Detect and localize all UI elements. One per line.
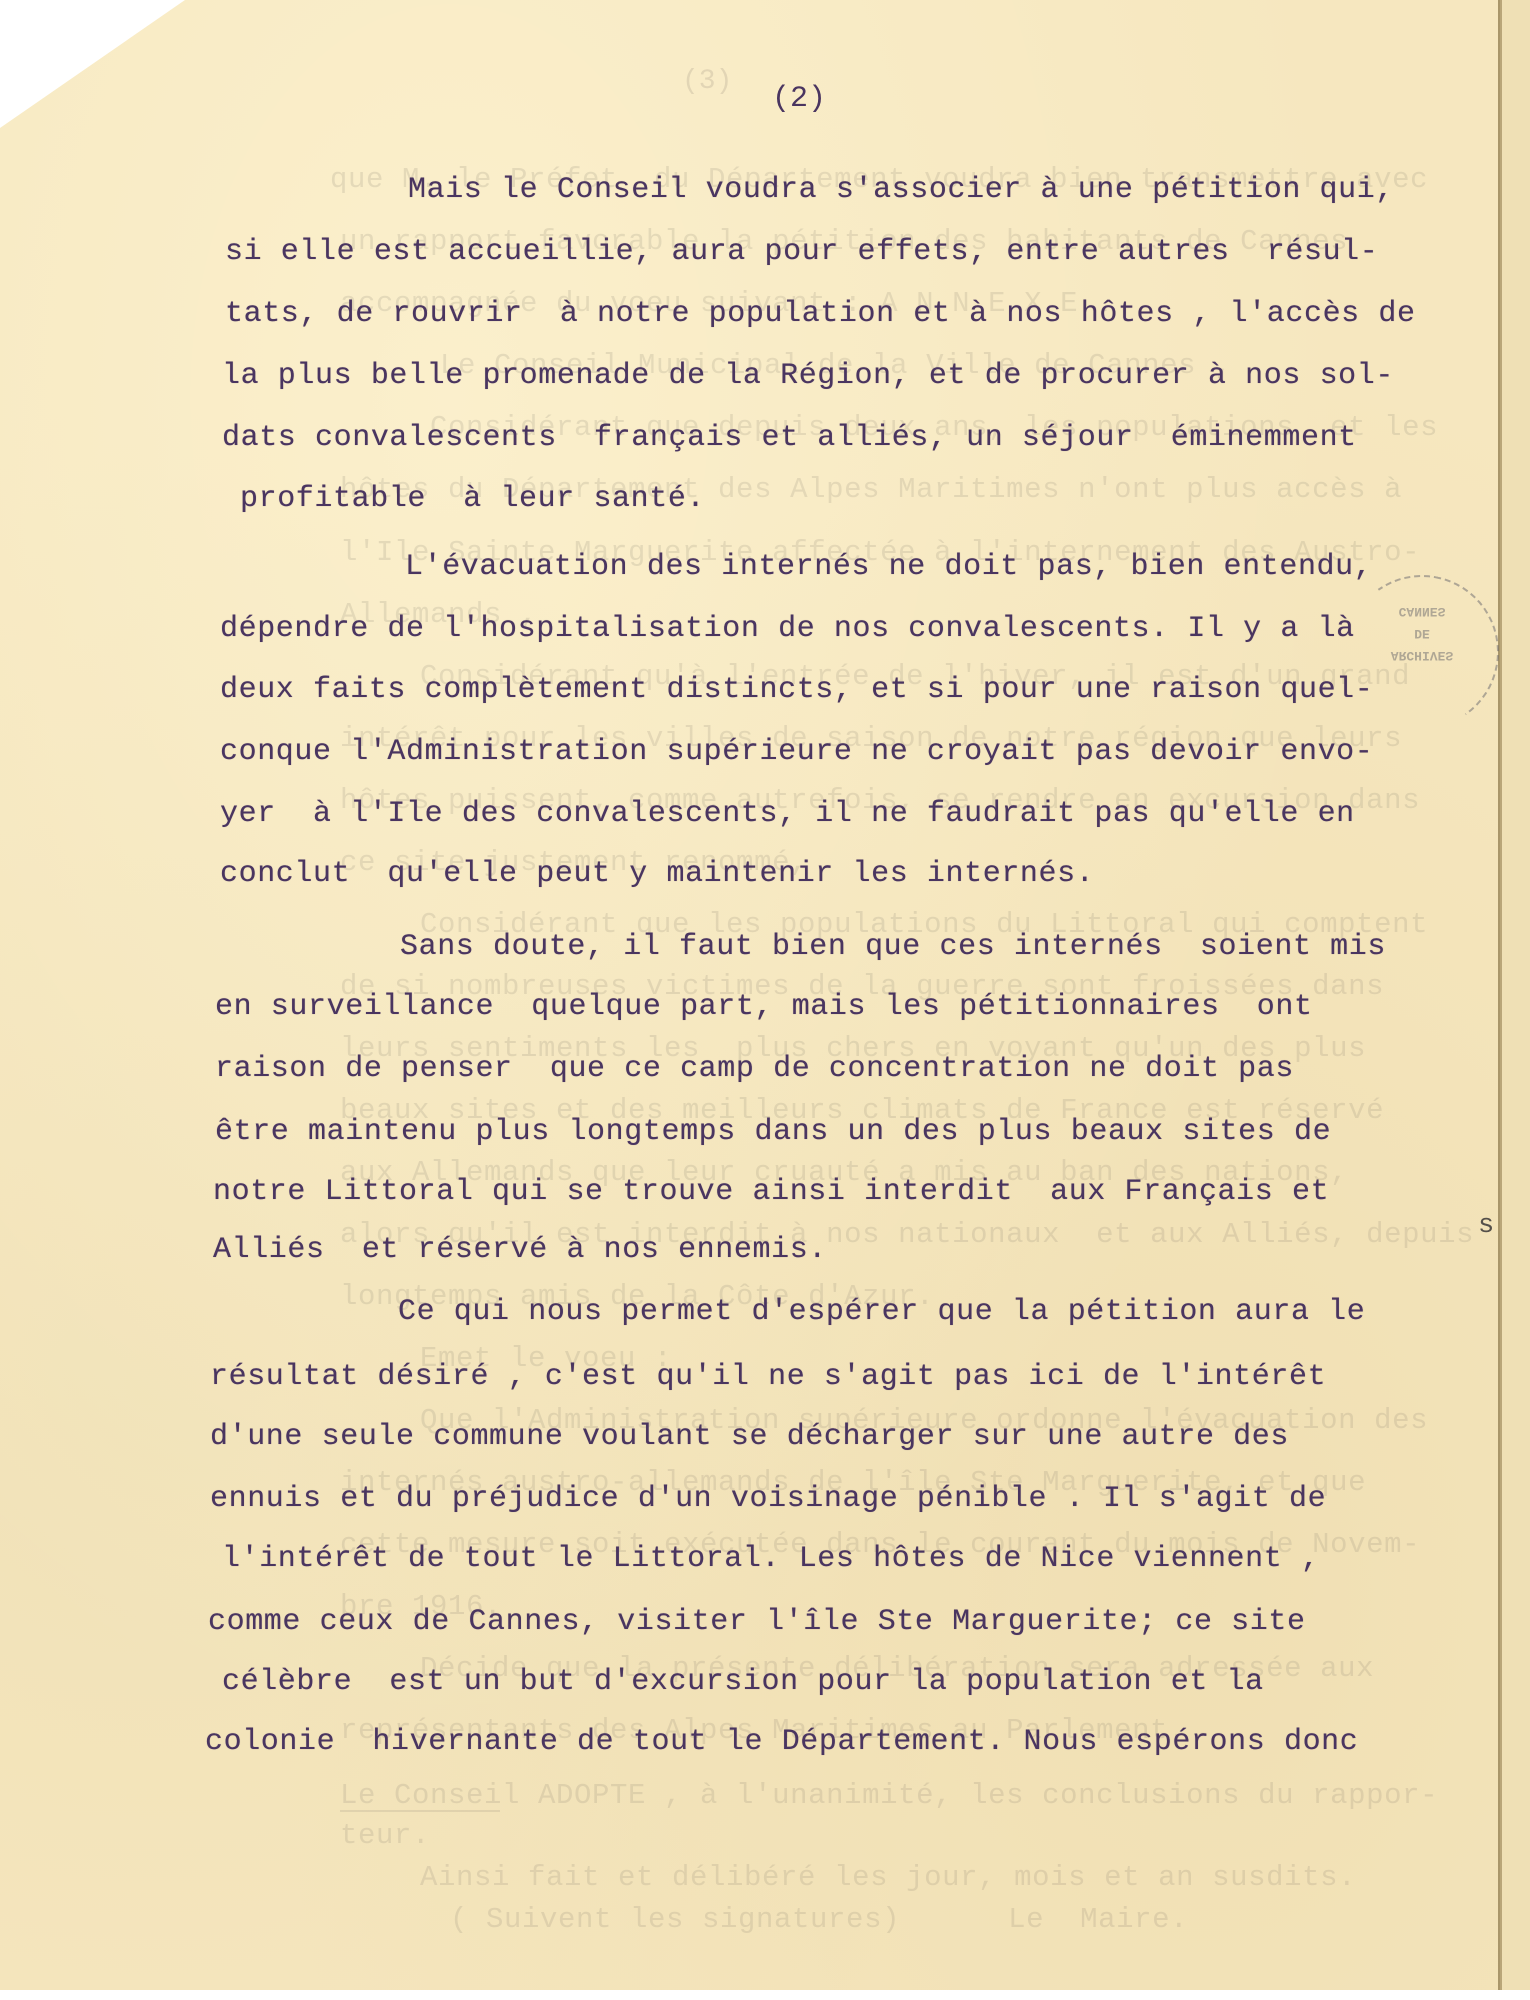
text-line: résultat désiré , c'est qu'il ne s'agit …: [210, 1359, 1326, 1395]
text-line: si elle est accueillie, aura pour effets…: [225, 234, 1378, 270]
text-line: la plus belle promenade de la Région, et…: [222, 358, 1394, 394]
text-line: Sans doute, il faut bien que ces interné…: [400, 929, 1386, 965]
text-line: Ce qui nous permet d'espérer que la péti…: [398, 1294, 1365, 1330]
text-line: yer à l'Ile des convalescents, il ne fau…: [220, 796, 1355, 832]
bleed-through-line: Ainsi fait et délibéré les jour, mois et…: [420, 1860, 1356, 1896]
text-line: notre Littoral qui se trouve ainsi inter…: [213, 1174, 1329, 1210]
text-line: conque l'Administration supérieure ne cr…: [220, 734, 1373, 770]
text-line: célèbre est un but d'excursion pour la p…: [222, 1664, 1264, 1700]
underlying-sheet-edge: [1500, 0, 1530, 1990]
text-line: conclut qu'elle peut y maintenir les int…: [220, 856, 1094, 892]
text-line: profitable à leur santé.: [240, 481, 705, 517]
text-line: l'intérêt de tout le Littoral. Les hôtes…: [222, 1541, 1320, 1577]
bleed-through-line: Le Conseil ADOPTE , à l'unanimité, les c…: [340, 1778, 1438, 1814]
text-line: d'une seule commune voulant se décharger…: [210, 1419, 1289, 1455]
scan-background-strip: [0, 1990, 1530, 2000]
page-number: (2): [772, 82, 826, 116]
text-line: comme ceux de Cannes, visiter l'île Ste …: [208, 1604, 1306, 1640]
page-fold-line: [1498, 0, 1500, 1990]
text-line: raison de penser que ce camp de concentr…: [215, 1051, 1294, 1087]
stamp-line: DE: [1362, 622, 1482, 644]
text-line: dépendre de l'hospitalisation de nos con…: [220, 611, 1355, 647]
text-line: ennuis et du préjudice d'un voisinage pé…: [210, 1481, 1326, 1517]
bleed-through-underline: [340, 1810, 500, 1812]
text-line: deux faits complètement distincts, et si…: [220, 672, 1373, 708]
text-line: être maintenu plus longtemps dans un des…: [215, 1114, 1331, 1150]
text-line: tats, de rouvrir à notre population et à…: [225, 296, 1416, 332]
bleed-through-line: ( Suivent les signatures) Le Maire.: [450, 1902, 1188, 1938]
text-line: colonie hivernante de tout le Départemen…: [205, 1724, 1358, 1760]
stamp-line: CANNES: [1362, 600, 1482, 622]
text-line: dats convalescents français et alliés, u…: [222, 420, 1357, 456]
archive-stamp-text: ARCHIVES DE CANNES: [1362, 600, 1482, 666]
ghost-page-number: (3): [682, 66, 732, 97]
stamp-line: ARCHIVES: [1362, 644, 1482, 666]
margin-text-fragment: s: [1478, 1211, 1494, 1241]
text-line: en surveillance quelque part, mais les p…: [215, 989, 1313, 1025]
text-line: Mais le Conseil voudra s'associer à une …: [408, 172, 1394, 208]
text-line: L'évacuation des internés ne doit pas, b…: [405, 549, 1372, 585]
bleed-through-line: teur.: [340, 1818, 430, 1854]
text-line: Alliés et réservé à nos ennemis.: [213, 1232, 827, 1268]
